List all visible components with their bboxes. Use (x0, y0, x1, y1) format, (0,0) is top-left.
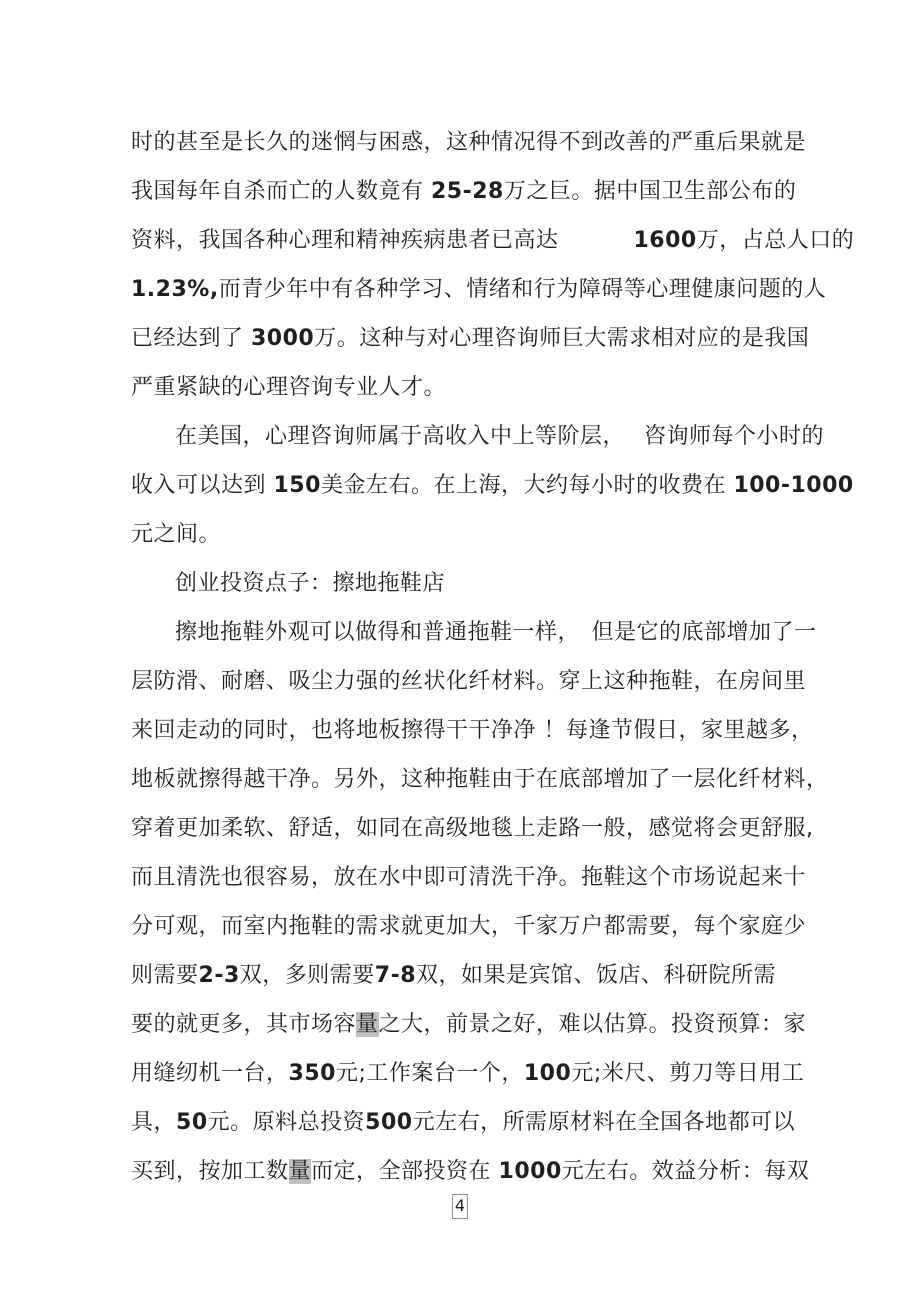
text-run: 来回走动的同时，也将地板擦得干干净净 ！每逢节假日，家里越多， (131, 718, 814, 743)
bold-text-run: 25-28 (431, 179, 504, 204)
text-line: 具，50元。原料总投资500元左右，所需原材料在全国各地都可以 (131, 1098, 803, 1147)
bold-text-run: 100-1000 (733, 473, 853, 498)
document-page: 时的甚至是长久的迷惘与困惑，这种情况得不到改善的严重后果就是我国每年自杀而亡的人… (0, 0, 920, 1303)
text-run: 而定，全部投资在 (311, 1159, 499, 1184)
bold-text-run: 100 (524, 1061, 571, 1086)
text-run: 双，如果是宾馆、饭店、科研院所需 (416, 963, 776, 988)
text-run: 买到，按加工数 (131, 1159, 289, 1184)
bold-text-run: 1600 (634, 228, 697, 253)
text-line: 分可观，而室内拖鞋的需求就更加大，千家万户都需要，每个家庭少 (131, 902, 803, 951)
text-line: 而且清洗也很容易，放在水中即可清洗干净。拖鞋这个市场说起来十 (131, 853, 803, 902)
text-run: 要的就更多，其市场容 (131, 1012, 356, 1037)
text-run: 咨询师每个小时的 (644, 424, 824, 449)
shaded-text-run: 量 (356, 1012, 379, 1037)
text-line: 资料，我国各种心理和精神疾病患者已高达 1600万，占总人口的 (131, 216, 803, 265)
text-run: 我国每年自杀而亡的人数竟有 (131, 179, 431, 204)
text-run: 万。这种与对心理咨询师巨大需求相对应的是我国 (314, 326, 809, 351)
text-line: 元之间。 (131, 510, 803, 559)
bold-text-run: 3000 (251, 326, 314, 351)
text-run: 地板就擦得越干净。另外，这种拖鞋由于在底部增加了一层化纤材料， (131, 767, 829, 792)
text-run: 双，多则需要 (240, 963, 375, 988)
text-run: 已经达到了 (131, 326, 251, 351)
text-line: 地板就擦得越干净。另外，这种拖鞋由于在底部增加了一层化纤材料， (131, 755, 803, 804)
text-run: 元。原料总投资 (208, 1110, 366, 1135)
text-run: 收入可以达到 (131, 473, 274, 498)
text-run: 穿着更加柔软、舒适，如同在高级地毯上走路一般，感觉将会更舒服, (131, 816, 814, 841)
bold-text-run: 7-8 (375, 963, 416, 988)
text-run: 元之间。 (131, 522, 221, 547)
text-line: 严重紧缺的心理咨询专业人才。 (131, 363, 803, 412)
text-run: 创业投资点子：擦地拖鞋店 (175, 571, 445, 596)
text-run: 时的甚至是长久的迷惘与困惑，这种情况得不到改善的严重后果就是 (131, 130, 806, 155)
bold-text-run: 50 (176, 1110, 208, 1135)
text-run: 分可观，而室内拖鞋的需求就更加大，千家万户都需要，每个家庭少 (131, 914, 806, 939)
text-line: 层防滑、耐磨、吸尘力强的丝状化纤材料。穿上这种拖鞋，在房间里 (131, 657, 803, 706)
text-line: 已经达到了 3000万。这种与对心理咨询师巨大需求相对应的是我国 (131, 314, 803, 363)
document-body: 时的甚至是长久的迷惘与困惑，这种情况得不到改善的严重后果就是我国每年自杀而亡的人… (131, 118, 803, 1196)
bold-text-run: 1000 (499, 1159, 562, 1184)
text-line: 我国每年自杀而亡的人数竟有 25-28万之巨。据中国卫生部公布的 (131, 167, 803, 216)
text-run: 层防滑、耐磨、吸尘力强的丝状化纤材料。穿上这种拖鞋，在房间里 (131, 669, 806, 694)
text-line: 收入可以达到 150美金左右。在上海，大约每小时的收费在 100-1000 (131, 461, 803, 510)
shaded-text-run: 量 (289, 1159, 312, 1184)
text-line: 买到，按加工数量而定，全部投资在 1000元左右。效益分析：每双 (131, 1147, 803, 1196)
text-line: 创业投资点子：擦地拖鞋店 (131, 559, 803, 608)
text-run: 之大，前景之好，难以估算。投资预算：家 (379, 1012, 807, 1037)
text-run: 在美国，心理咨询师属于高收入中上等阶层， (175, 424, 644, 449)
text-run: 万，占总人口的 (697, 228, 855, 253)
text-run: 万之巨。据中国卫生部公布的 (504, 179, 797, 204)
bold-text-run: 2-3 (199, 963, 240, 988)
text-run: 则需要 (131, 963, 199, 988)
text-run: 而且清洗也很容易，放在水中即可清洗干净。拖鞋这个市场说起来十 (131, 865, 806, 890)
text-run: 元;米尺、剪刀等日用工 (571, 1061, 804, 1086)
text-run: 元左右，所需原材料在全国各地都可以 (413, 1110, 796, 1135)
bold-text-run: 150 (274, 473, 321, 498)
text-line: 则需要2-3双，多则需要7-8双，如果是宾馆、饭店、科研院所需 (131, 951, 803, 1000)
page-number: 4 (455, 1196, 465, 1215)
text-line: 1.23%,而青少年中有各种学习、情绪和行为障碍等心理健康问题的人 (131, 265, 803, 314)
text-line: 在美国，心理咨询师属于高收入中上等阶层， 咨询师每个小时的 (131, 412, 803, 461)
text-run: 具， (131, 1110, 176, 1135)
text-run: 美金左右。在上海，大约每小时的收费在 (321, 473, 734, 498)
text-line: 擦地拖鞋外观可以做得和普通拖鞋一样， 但是它的底部增加了一 (131, 608, 803, 657)
bold-text-run: 1.23%, (131, 277, 219, 302)
text-line: 要的就更多，其市场容量之大，前景之好，难以估算。投资预算：家 (131, 1000, 803, 1049)
text-line: 用缝纫机一台，350元;工作案台一个，100元;米尺、剪刀等日用工 (131, 1049, 803, 1098)
text-line: 时的甚至是长久的迷惘与困惑，这种情况得不到改善的严重后果就是 (131, 118, 803, 167)
text-run: 资料，我国各种心理和精神疾病患者已高达 (131, 228, 634, 253)
text-line: 来回走动的同时，也将地板擦得干干净净 ！每逢节假日，家里越多， (131, 706, 803, 755)
text-run: 元左右。效益分析：每双 (562, 1159, 810, 1184)
page-number-frame: 4 (452, 1194, 468, 1219)
text-run: 元;工作案台一个， (336, 1061, 524, 1086)
text-run: 用缝纫机一台， (131, 1061, 289, 1086)
text-run: 而青少年中有各种学习、情绪和行为障碍等心理健康问题的人 (219, 277, 827, 302)
text-run: 严重紧缺的心理咨询专业人才。 (131, 375, 446, 400)
bold-text-run: 350 (289, 1061, 336, 1086)
text-line: 穿着更加柔软、舒适，如同在高级地毯上走路一般，感觉将会更舒服, (131, 804, 803, 853)
bold-text-run: 500 (365, 1110, 412, 1135)
text-run: 擦地拖鞋外观可以做得和普通拖鞋一样， 但是它的底部增加了一 (175, 620, 817, 645)
